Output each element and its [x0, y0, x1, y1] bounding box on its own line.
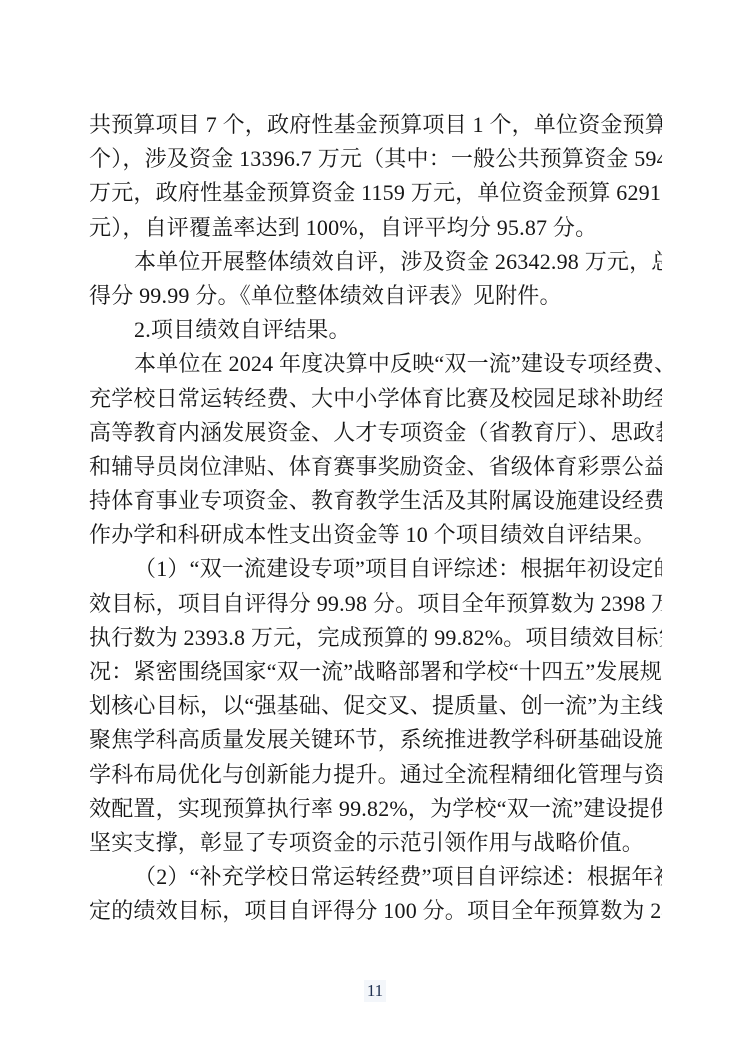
text-line: 本单位开展整体绩效自评，涉及资金 26342.98 万元，总评价 — [89, 245, 662, 279]
text-line: 定的绩效目标，项目自评得分 100 分。项目全年预算数为 2434 万 — [89, 894, 662, 928]
text-line: 本单位在 2024 年度决算中反映“双一流”建设专项经费、补 — [89, 347, 662, 381]
text-line: 坚实支撑，彰显了专项资金的示范引领作用与战略价值。 — [89, 826, 662, 860]
text-line: 高等教育内涵发展资金、人才专项资金（省教育厅）、思政教师 — [89, 416, 662, 450]
text-line: 执行数为 2393.8 万元，完成预算的 99.82%。项目绩效目标完成情 — [89, 621, 662, 655]
text-line: 划核心目标，以“强基础、促交叉、提质量、创一流”为主线， — [89, 689, 662, 723]
text-line: 共预算项目 7 个，政府性基金预算项目 1 个，单位资金预算项目 2 — [89, 108, 662, 142]
text-line: 2.项目绩效自评结果。 — [89, 313, 662, 347]
text-line: 万元，政府性基金预算资金 1159 万元，单位资金预算 6291 万 — [89, 176, 662, 210]
text-line: 和辅导员岗位津贴、体育赛事奖励资金、省级体育彩票公益金支 — [89, 450, 662, 484]
text-block: 共预算项目 7 个，政府性基金预算项目 1 个，单位资金预算项目 2个），涉及资… — [89, 108, 662, 929]
text-line: （2）“补充学校日常运转经费”项目自评综述：根据年初设 — [89, 860, 662, 894]
text-line: （1）“双一流建设专项”项目自评综述：根据年初设定的绩 — [89, 552, 662, 586]
text-line: 个），涉及资金 13396.7 万元（其中：一般公共预算资金 5946.7 — [89, 142, 662, 176]
text-line: 元），自评覆盖率达到 100%，自评平均分 95.87 分。 — [89, 211, 662, 245]
text-line: 效配置，实现预算执行率 99.82%，为学校“双一流”建设提供了 — [89, 792, 662, 826]
text-line: 得分 99.99 分。《单位整体绩效自评表》见附件。 — [89, 279, 662, 313]
text-line: 学科布局优化与创新能力提升。通过全流程精细化管理与资源高 — [89, 758, 662, 792]
document-page: 共预算项目 7 个，政府性基金预算项目 1 个，单位资金预算项目 2个），涉及资… — [0, 0, 750, 1061]
text-line: 聚焦学科高质量发展关键环节，系统推进教学科研基础设施升级、 — [89, 723, 662, 757]
text-line: 持体育事业专项资金、教育教学生活及其附属设施建设经费、合 — [89, 484, 662, 518]
page-footer: 11 — [0, 980, 750, 1002]
text-line: 充学校日常运转经费、大中小学体育比赛及校园足球补助经费、 — [89, 382, 662, 416]
text-line: 况：紧密围绕国家“双一流”战略部署和学校“十四五”发展规 — [89, 655, 662, 689]
text-line: 作办学和科研成本性支出资金等 10 个项目绩效自评结果。 — [89, 518, 662, 552]
page-number: 11 — [364, 980, 386, 1002]
text-line: 效目标，项目自评得分 99.98 分。项目全年预算数为 2398 万元， — [89, 587, 662, 621]
